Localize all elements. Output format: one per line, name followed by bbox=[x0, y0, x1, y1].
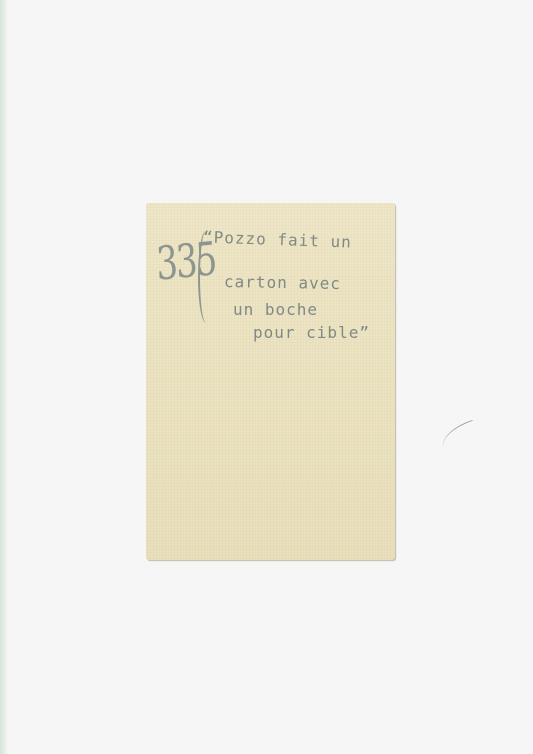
inscription-line-2: carton avec bbox=[224, 272, 341, 293]
card-back: 335 “Pozzo fait un carton avec un boche … bbox=[146, 203, 395, 560]
inscription-line-4: pour cible” bbox=[253, 323, 370, 342]
inscription-line-1: “Pozzo fait un bbox=[203, 227, 352, 251]
green-edge-strip bbox=[0, 0, 7, 754]
inscription-line-3: un boche bbox=[233, 300, 318, 319]
